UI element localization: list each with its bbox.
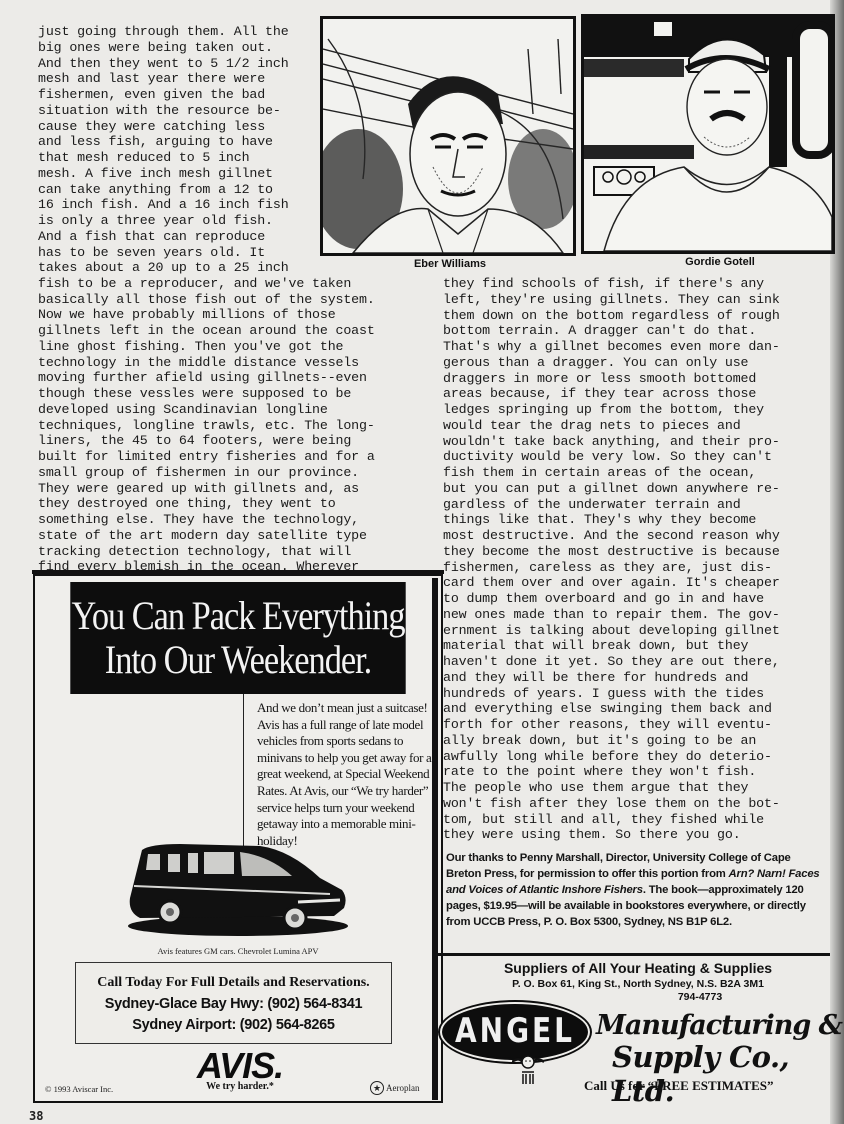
- avis-phone-airport: Sydney Airport: (902) 564-8265: [76, 1017, 391, 1033]
- avis-call-title: Call Today For Full Details and Reservat…: [76, 975, 391, 991]
- minivan-icon: [120, 838, 350, 938]
- avis-headline: You Can Pack Everything Into Our Weekend…: [70, 582, 405, 694]
- article-column-1-continued: takes about a 20 up to a 25 inch fish to…: [38, 260, 375, 575]
- book-credit: Our thanks to Penny Marshall, Director, …: [446, 851, 824, 931]
- van-caption: Avis features GM cars. Chevrolet Lumina …: [35, 946, 441, 956]
- section-rule: [434, 953, 830, 956]
- portrait-illustration-icon: [584, 17, 832, 251]
- angel-ad-cta: Call Us for “FREE ESTIMATES”: [584, 1078, 774, 1094]
- avis-headline-line-2: Into Our Weekender.: [70, 638, 405, 682]
- aeroplan-star-icon: ★: [370, 1081, 384, 1095]
- column-rule: [432, 578, 438, 1100]
- avis-headline-line-1: You Can Pack Everything: [70, 594, 405, 638]
- angel-ad-headline: Suppliers of All Your Heating & Supplies: [440, 960, 836, 976]
- article-column-1-top: just going through them. All the big one…: [38, 24, 289, 260]
- portrait-illustration-icon: [323, 19, 573, 253]
- avis-copyright: © 1993 Aviscar Inc.: [45, 1084, 113, 1094]
- article-column-2: they find schools of fish, if there's an…: [443, 276, 780, 843]
- winged-angel-emblem-icon: [512, 1050, 544, 1086]
- page-number: 38: [29, 1109, 43, 1123]
- angel-ad-address: P. O. Box 61, King St., North Sydney, N.…: [440, 978, 836, 990]
- angel-script-line-1: Manufacturing &: [596, 1010, 842, 1041]
- avis-tagline: We try harder.*: [175, 1081, 305, 1092]
- angel-ad-phone: 794-4773: [660, 991, 740, 1003]
- photo-caption-eber-williams: Eber Williams: [400, 258, 500, 270]
- ad-top-rule: [32, 570, 444, 574]
- aeroplan-label: Aeroplan: [386, 1083, 420, 1093]
- aeroplan-logo: ★ Aeroplan: [370, 1081, 420, 1095]
- avis-logo: AVIS.: [175, 1048, 305, 1084]
- avis-contact-box: Call Today For Full Details and Reservat…: [75, 962, 392, 1044]
- avis-advertisement: You Can Pack Everything Into Our Weekend…: [33, 574, 443, 1103]
- avis-body-copy: And we don’t mean just a suitcase! Avis …: [257, 700, 437, 849]
- angel-logo-text: ANGEL: [444, 1011, 586, 1051]
- gordie-gotell-portrait: [581, 14, 835, 254]
- divider: [243, 694, 244, 849]
- angel-script-line-2: Supply Co., Ltd.: [612, 1040, 844, 1108]
- eber-williams-portrait: [320, 16, 576, 256]
- avis-phone-glace-bay: Sydney-Glace Bay Hwy: (902) 564-8341: [76, 996, 391, 1012]
- photo-caption-gordie-gotell: Gordie Gotell: [660, 256, 780, 268]
